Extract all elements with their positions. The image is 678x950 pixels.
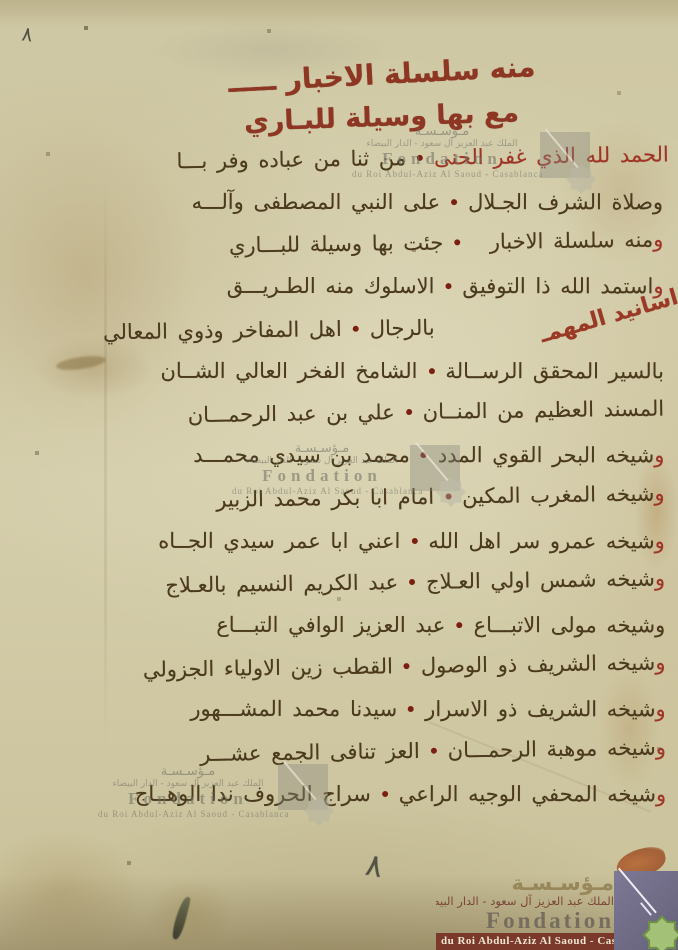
verse-separator-dot (454, 239, 460, 245)
verse-right-hemistich: شيخه المغرب المكين (462, 482, 655, 509)
verse-right-hemistich: بالسير المحقق الرســالة (445, 359, 664, 383)
watermark-fr-line: du Roi Abdul-Aziz Al Saoud - Casablanca (352, 169, 532, 179)
verse-rubric: و (653, 227, 663, 251)
verse-rubric: و (655, 529, 665, 553)
verse-left-hemistich: القطب زين الاولياء الجزولي (143, 654, 393, 681)
brand-ar-name: مـؤسـسـة (436, 873, 614, 894)
verse-right-hemistich: شيخه موهبة الرحمـــان (448, 736, 656, 763)
folio-number-bottom: ٨ (363, 847, 386, 885)
verse-block: الحمد لله الذي غفر الحنى من ثنا من عباده… (0, 0, 678, 2)
verse-rubric: و (653, 274, 663, 298)
verse-rubric: و (656, 697, 666, 721)
verse-separator-dot (411, 538, 417, 544)
brand-ar-line: الملك عبد العزيز آل سعود - الدار البيضاء (436, 895, 614, 909)
verse-line: وصلاة الشرف الجـلال على النبي المصطفى وآ… (1, 190, 678, 215)
verse-left-hemistich: محمد بن سيدي محمـــد (193, 443, 410, 467)
verse-left-hemistich: سيدنا محمد المشـــهور (190, 697, 397, 721)
verse-line: واستمد الله ذا التوفيق الاسلوك منه الطـر… (1, 274, 678, 299)
verse-separator-dot (451, 199, 457, 205)
brand-fr-name: Fondation (436, 909, 614, 933)
verse-right-hemistich: منه سلسلة الاخبار (490, 228, 654, 254)
watermark-fr-line: du Roi Abdul-Aziz Al Saoud - Casablanca (98, 809, 278, 819)
verse-right-hemistich: شيخه شمس اولي العـلاج (426, 567, 655, 594)
verse-rubric: و (656, 735, 666, 759)
verse-separator-dot (428, 368, 434, 374)
verse-separator-dot (406, 409, 412, 415)
verse-separator-dot (431, 748, 437, 754)
verse-right-hemistich: شيخه البحر القوي المدد (438, 443, 654, 467)
verse-left-hemistich: الاسلوك منه الطـريـــق (227, 274, 435, 298)
paper-specks (0, 0, 2, 2)
foundation-logo-text: مـؤسـسـة الملك عبد العزيز آل سعود - الدا… (436, 873, 614, 950)
verse-right-hemistich: المسند العظيم من المنــان (423, 396, 665, 423)
verse-separator-dot (445, 283, 451, 289)
folio-number-top: ٨ (21, 21, 35, 46)
verse-line: بالسير المحقق الرســالة الشامخ الفخر الع… (2, 359, 678, 384)
verse-separator-dot (408, 706, 414, 712)
verse-left-hemistich: سراج الحروف ندا الوهــاج (135, 782, 371, 806)
verse-right-hemistich: بالرجال (370, 316, 435, 341)
verse-separator-dot (409, 579, 415, 585)
verse-right-hemistich: شيخه عمرو سر اهل الله (428, 529, 654, 553)
verse-right-hemistich: شيخه المحفي الوجيه الراعي (399, 782, 656, 806)
paper-stain (598, 664, 662, 792)
verse-rubric: و (655, 650, 665, 674)
verse-left-hemistich: على النبي المصطفى وآلـــه (192, 190, 440, 214)
paper-stain (0, 828, 146, 950)
verse-separator-dot (404, 663, 410, 669)
verse-separator-dot (421, 452, 427, 458)
watermark-fr-name: Fondation (232, 466, 412, 486)
foundation-logo-block: مـؤسـسـة الملك عبد العزيز آل سعود - الدا… (436, 871, 678, 950)
verse-left-hemistich: عبد العزيز الوافي التبـــاع (216, 613, 445, 637)
verse-left-hemistich: اعني ابا عمر سيدي الجــاه (158, 529, 400, 553)
manuscript-page: ٨ ٨ منه سلسلة الاخبار ـــــ مع بها وسيلة… (0, 0, 678, 950)
verse-separator-dot (445, 493, 451, 499)
verse-line: وشيخه عمرو سر اهل الله اعني ابا عمر سيدي… (3, 529, 678, 554)
verse-rubric: و (656, 782, 666, 806)
verse-right-hemistich: استمد الله ذا التوفيق (462, 274, 653, 298)
verse-right-hemistich: وصلاة الشرف الجـلال (468, 190, 663, 214)
verse-left-hemistich: عبد الكريم النسيم بالعـلاج (165, 570, 398, 597)
verse-rubric: الحمد لله الذي غفر الحنى (434, 142, 669, 169)
verse-line: وشيخه مولى الاتبـــاع عبد العزيز الوافي … (3, 613, 678, 638)
verse-right-hemistich: وشيخه مولى الاتبـــاع (474, 613, 666, 637)
verse-left-hemistich: اهل المفاخر وذوي المعالي (103, 317, 342, 344)
verse-separator-dot (417, 155, 423, 161)
verse-left-hemistich: العز تنافى الجمع عشـــر (200, 739, 420, 766)
verse-right-hemistich: شيخه الشريف ذو الاسرار (425, 697, 655, 721)
verse-line: وشيخه الشريف ذو الاسرار سيدنا محمد المشـ… (4, 697, 678, 722)
verse-rubric: و (654, 443, 664, 467)
verse-left-hemistich: علي بن عبد الرحمـــان (188, 400, 395, 427)
verse-line: وشيخه المحفي الوجيه الراعي سراج الحروف ن… (4, 782, 678, 807)
foundation-logo-mark (614, 871, 678, 950)
verse-separator-dot (456, 622, 462, 628)
paper-stain (148, 878, 234, 950)
verse-left-hemistich: الشامخ الفخر العالي الشــان (160, 359, 417, 383)
title-line-2: مع بها وسيلة للبـاري (244, 97, 520, 138)
verse-left-hemistich: جئت بها وسيلة للبـــاري (229, 231, 444, 258)
verse-left-hemistich: من ثنا من عباده وفر بـــا (176, 146, 406, 173)
verse-rubric: و (654, 481, 664, 505)
verse-rubric: و (655, 566, 665, 590)
verse-right-hemistich: شيخه الشريف ذو الوصول (421, 651, 656, 678)
brand-fr-line: du Roi Abdul-Aziz Al Saoud - Casablanca (436, 933, 614, 950)
verse-separator-dot (382, 791, 388, 797)
verse-separator-dot (353, 326, 359, 332)
paper-stain (634, 452, 678, 572)
verse-left-hemistich: امام ابا بكر محمد الزبير (216, 485, 434, 512)
verse-line: وشيخه البحر القوي المدد محمد بن سيدي محم… (2, 443, 678, 468)
